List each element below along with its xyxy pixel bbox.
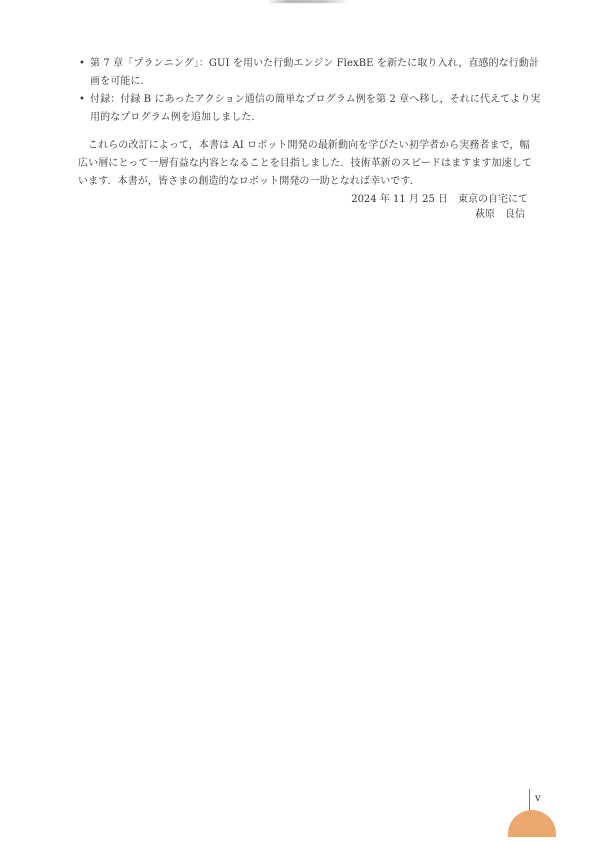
bullet-line: 画を可能に． [90, 73, 528, 91]
bullet-item: • 付録：付録 B にあったアクション通信の簡単なプログラム例を第 2 章へ移し… [78, 91, 528, 127]
dome-stem-line [529, 789, 530, 811]
dome-decoration-icon [508, 810, 556, 837]
paragraph-line: これらの改訂によって，本書は AI ロボット開発の最新動向を学びたい初学者から実… [78, 137, 528, 155]
bullet-item: • 第 7 章「プランニング」：GUI を用いた行動エンジン FlexBE を新… [78, 55, 528, 91]
bullet-line: 用的なプログラム例を追加しました． [90, 109, 528, 127]
page-number: v [535, 793, 541, 805]
bullet-list: • 第 7 章「プランニング」：GUI を用いた行動エンジン FlexBE を新… [78, 55, 528, 127]
bullet-line: 付録：付録 B にあったアクション通信の簡単なプログラム例を第 2 章へ移し，そ… [90, 91, 528, 109]
book-page: • 第 7 章「プランニング」：GUI を用いた行動エンジン FlexBE を新… [0, 0, 600, 841]
paragraph-line: います．本書が，皆さまの創造的なロボット開発の一助となれば幸いです． [78, 173, 528, 191]
bullet-line: 第 7 章「プランニング」：GUI を用いた行動エンジン FlexBE を新たに… [90, 55, 528, 73]
bullet-icon: • [79, 55, 85, 73]
closing-paragraph: これらの改訂によって，本書は AI ロボット開発の最新動向を学びたい初学者から実… [78, 137, 528, 191]
bullet-icon: • [79, 91, 85, 109]
scan-artifact-bar [268, 0, 348, 3]
paragraph-line: 広い層にとって一層有益な内容となることを目指しました．技術革新のスピードはますま… [78, 155, 528, 173]
page-content: • 第 7 章「プランニング」：GUI を用いた行動エンジン FlexBE を新… [78, 55, 528, 224]
